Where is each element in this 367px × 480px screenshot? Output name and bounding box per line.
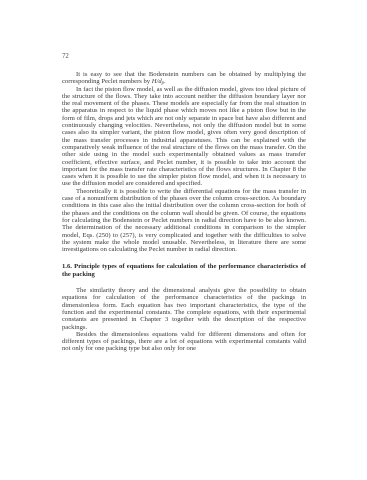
page-number: 72 xyxy=(62,53,69,60)
section-heading-1-6: 1.6. Principle types of equations for ca… xyxy=(62,263,306,278)
formula-base: H/d xyxy=(152,78,162,85)
paragraph-dimensionless-equations: Besides the dimensionless equations vali… xyxy=(62,331,306,353)
paragraph-bodenstein-period: . xyxy=(164,78,166,85)
paragraph-differential-equations: Theoretically it is possible to write th… xyxy=(62,188,306,254)
paragraph-piston-flow-model: In fact the piston flow model, as well a… xyxy=(62,86,306,188)
book-page: 72 It is easy to see that the Bodenstein… xyxy=(0,0,367,480)
text-block: It is easy to see that the Bodenstein nu… xyxy=(62,71,306,353)
paragraph-bodenstein-text: It is easy to see that the Bodenstein nu… xyxy=(62,71,306,85)
paragraph-bodenstein: It is easy to see that the Bodenstein nu… xyxy=(62,71,306,86)
formula-h-over-dp: H/dp xyxy=(152,78,164,85)
paragraph-similarity-theory: The similarity theory and the dimensiona… xyxy=(62,287,306,331)
